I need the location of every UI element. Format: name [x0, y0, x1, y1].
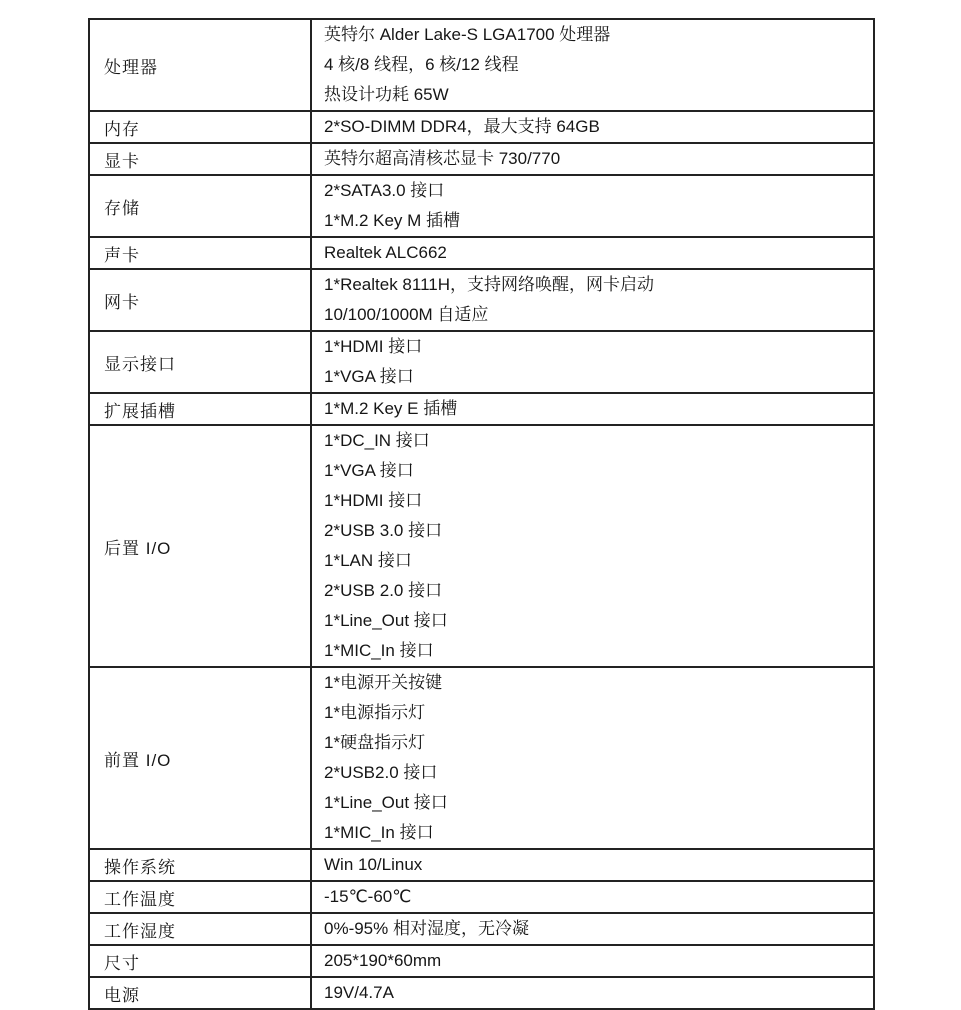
- spec-value-line: 1*Realtek 8111H，支持网络唤醒，网卡启动: [324, 270, 867, 300]
- spec-value-line: 1*M.2 Key M 插槽: [324, 206, 867, 236]
- spec-row-value: Win 10/Linux: [311, 849, 874, 881]
- spec-row-label: 处理器: [89, 19, 311, 111]
- spec-value-line: 1*VGA 接口: [324, 456, 867, 486]
- spec-value-line: 1*VGA 接口: [324, 362, 867, 392]
- spec-row-value: 2*SO-DIMM DDR4，最大支持 64GB: [311, 111, 874, 143]
- spec-value-line: 1*Line_Out 接口: [324, 606, 867, 636]
- spec-row-label: 工作湿度: [89, 913, 311, 945]
- spec-value-line: Win 10/Linux: [324, 850, 867, 880]
- spec-value-line: 1*LAN 接口: [324, 546, 867, 576]
- spec-row-label: 尺寸: [89, 945, 311, 977]
- spec-value-line: 1*Line_Out 接口: [324, 788, 867, 818]
- spec-row: 后置 I/O1*DC_IN 接口1*VGA 接口1*HDMI 接口2*USB 3…: [89, 425, 874, 667]
- spec-row-label: 前置 I/O: [89, 667, 311, 849]
- spec-value-line: 10/100/1000M 自适应: [324, 300, 867, 330]
- spec-value-line: 2*SO-DIMM DDR4，最大支持 64GB: [324, 112, 867, 142]
- spec-value-line: 热设计功耗 65W: [324, 80, 867, 110]
- spec-row-label: 声卡: [89, 237, 311, 269]
- spec-row-value: -15℃-60℃: [311, 881, 874, 913]
- spec-row-label: 工作温度: [89, 881, 311, 913]
- spec-value-line: 英特尔超高清核芯显卡 730/770: [324, 144, 867, 174]
- spec-row-value: 0%-95% 相对湿度，无冷凝: [311, 913, 874, 945]
- spec-value-line: 2*USB 3.0 接口: [324, 516, 867, 546]
- spec-row-value: 1*M.2 Key E 插槽: [311, 393, 874, 425]
- spec-value-line: 1*硬盘指示灯: [324, 728, 867, 758]
- spec-row-label: 网卡: [89, 269, 311, 331]
- spec-row: 内存2*SO-DIMM DDR4，最大支持 64GB: [89, 111, 874, 143]
- spec-row-label: 操作系统: [89, 849, 311, 881]
- spec-value-line: 英特尔 Alder Lake-S LGA1700 处理器: [324, 20, 867, 50]
- spec-row: 工作温度-15℃-60℃: [89, 881, 874, 913]
- spec-row-label: 显卡: [89, 143, 311, 175]
- spec-row: 电源19V/4.7A: [89, 977, 874, 1009]
- spec-row-label: 电源: [89, 977, 311, 1009]
- spec-row: 前置 I/O1*电源开关按键1*电源指示灯1*硬盘指示灯2*USB2.0 接口1…: [89, 667, 874, 849]
- spec-value-line: 1*电源指示灯: [324, 698, 867, 728]
- spec-row-label: 存储: [89, 175, 311, 237]
- spec-row-value: 2*SATA3.0 接口1*M.2 Key M 插槽: [311, 175, 874, 237]
- spec-row-value: 19V/4.7A: [311, 977, 874, 1009]
- spec-row-value: 英特尔 Alder Lake-S LGA1700 处理器4 核/8 线程，6 核…: [311, 19, 874, 111]
- spec-value-line: -15℃-60℃: [324, 882, 867, 912]
- spec-row-value: 1*Realtek 8111H，支持网络唤醒，网卡启动10/100/1000M …: [311, 269, 874, 331]
- spec-value-line: 1*DC_IN 接口: [324, 426, 867, 456]
- spec-value-line: 1*MIC_In 接口: [324, 636, 867, 666]
- spec-value-line: 4 核/8 线程，6 核/12 线程: [324, 50, 867, 80]
- spec-table-container: 处理器英特尔 Alder Lake-S LGA1700 处理器4 核/8 线程，…: [88, 18, 875, 1010]
- spec-row-value: 1*电源开关按键1*电源指示灯1*硬盘指示灯2*USB2.0 接口1*Line_…: [311, 667, 874, 849]
- spec-row: 显卡英特尔超高清核芯显卡 730/770: [89, 143, 874, 175]
- spec-row-value: 205*190*60mm: [311, 945, 874, 977]
- spec-value-line: 1*HDMI 接口: [324, 332, 867, 362]
- spec-row-value: 英特尔超高清核芯显卡 730/770: [311, 143, 874, 175]
- spec-value-line: 1*M.2 Key E 插槽: [324, 394, 867, 424]
- spec-row-value: Realtek ALC662: [311, 237, 874, 269]
- spec-value-line: 19V/4.7A: [324, 978, 867, 1008]
- spec-row: 工作湿度0%-95% 相对湿度，无冷凝: [89, 913, 874, 945]
- spec-value-line: 1*HDMI 接口: [324, 486, 867, 516]
- spec-row: 网卡1*Realtek 8111H，支持网络唤醒，网卡启动10/100/1000…: [89, 269, 874, 331]
- spec-row: 存储2*SATA3.0 接口1*M.2 Key M 插槽: [89, 175, 874, 237]
- spec-row: 扩展插槽1*M.2 Key E 插槽: [89, 393, 874, 425]
- spec-value-line: 1*MIC_In 接口: [324, 818, 867, 848]
- spec-row-label: 内存: [89, 111, 311, 143]
- spec-value-line: 0%-95% 相对湿度，无冷凝: [324, 914, 867, 944]
- spec-value-line: 2*USB 2.0 接口: [324, 576, 867, 606]
- spec-value-line: 2*USB2.0 接口: [324, 758, 867, 788]
- spec-table: 处理器英特尔 Alder Lake-S LGA1700 处理器4 核/8 线程，…: [88, 18, 875, 1010]
- spec-row: 尺寸205*190*60mm: [89, 945, 874, 977]
- spec-row: 处理器英特尔 Alder Lake-S LGA1700 处理器4 核/8 线程，…: [89, 19, 874, 111]
- spec-row: 显示接口1*HDMI 接口1*VGA 接口: [89, 331, 874, 393]
- spec-row: 操作系统Win 10/Linux: [89, 849, 874, 881]
- spec-value-line: Realtek ALC662: [324, 238, 867, 268]
- spec-row-label: 后置 I/O: [89, 425, 311, 667]
- spec-row-label: 扩展插槽: [89, 393, 311, 425]
- spec-value-line: 1*电源开关按键: [324, 668, 867, 698]
- spec-row-label: 显示接口: [89, 331, 311, 393]
- spec-value-line: 2*SATA3.0 接口: [324, 176, 867, 206]
- spec-row-value: 1*HDMI 接口1*VGA 接口: [311, 331, 874, 393]
- spec-row: 声卡Realtek ALC662: [89, 237, 874, 269]
- spec-table-body: 处理器英特尔 Alder Lake-S LGA1700 处理器4 核/8 线程，…: [89, 19, 874, 1009]
- spec-value-line: 205*190*60mm: [324, 946, 867, 976]
- spec-row-value: 1*DC_IN 接口1*VGA 接口1*HDMI 接口2*USB 3.0 接口1…: [311, 425, 874, 667]
